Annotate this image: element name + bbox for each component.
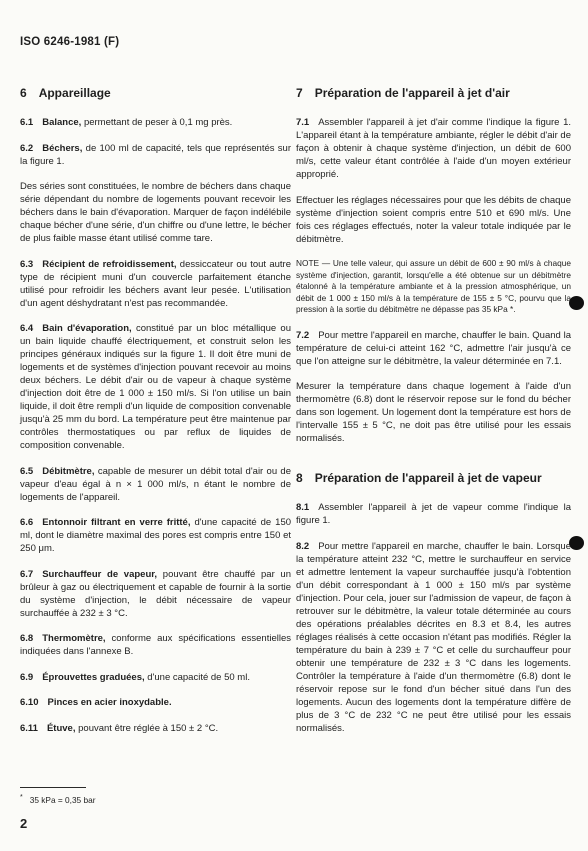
clause-7-2: 7.2Pour mettre l'appareil en marche, cha… bbox=[296, 329, 571, 368]
clause-text: d'une capacité de 50 ml. bbox=[147, 672, 250, 683]
note-text: NOTE — Une telle valeur, qui assure un d… bbox=[296, 258, 571, 314]
clause-term: Bain d'évaporation, bbox=[42, 323, 131, 334]
clause-number: 6.5 bbox=[20, 466, 33, 477]
footnote-marker: * bbox=[20, 794, 23, 801]
clause-term: Récipient de refroidissement, bbox=[42, 259, 176, 270]
clause-number: 6.6 bbox=[20, 517, 33, 528]
clause-number: 8.1 bbox=[296, 502, 309, 513]
clause-8-1: 8.1Assembler l'appareil à jet de vapeur … bbox=[296, 501, 571, 527]
paragraph-reglages: Effectuer les réglages nécessaires pour … bbox=[296, 194, 571, 246]
clause-text: Pour mettre l'appareil en marche, chauff… bbox=[296, 330, 571, 367]
clause-text: Assembler l'appareil à jet de vapeur com… bbox=[296, 502, 571, 526]
clause-term: Débitmètre, bbox=[42, 466, 94, 477]
clause-6-6: 6.6Entonnoir filtrant en verre fritté, d… bbox=[20, 516, 291, 555]
footnote-rule bbox=[20, 787, 86, 788]
section-number: 7 bbox=[296, 86, 303, 100]
clause-8-2: 8.2Pour mettre l'appareil en marche, cha… bbox=[296, 540, 571, 735]
section-8-heading: 8Préparation de l'appareil à jet de vape… bbox=[296, 471, 571, 485]
clause-text: Pour mettre l'appareil en marche, chauff… bbox=[296, 541, 571, 734]
section-title: Préparation de l'appareil à jet de vapeu… bbox=[315, 471, 542, 485]
clause-term: Surchauffeur de vapeur, bbox=[42, 569, 157, 580]
clause-number: 6.7 bbox=[20, 569, 33, 580]
section-number: 6 bbox=[20, 86, 27, 100]
section-title: Préparation de l'appareil à jet d'air bbox=[315, 86, 510, 100]
margin-dot bbox=[569, 296, 584, 310]
clause-number: 6.3 bbox=[20, 259, 33, 270]
clause-6-10: 6.10Pinces en acier inoxydable. bbox=[20, 696, 291, 709]
clause-7-1: 7.1Assembler l'appareil à jet d'air comm… bbox=[296, 116, 571, 181]
right-column: 7Préparation de l'appareil à jet d'air 7… bbox=[296, 86, 571, 735]
clause-term: Pinces en acier inoxydable. bbox=[48, 697, 172, 708]
document-reference: ISO 6246-1981 (F) bbox=[20, 36, 119, 48]
clause-number: 7.2 bbox=[296, 330, 309, 341]
clause-term: Entonnoir filtrant en verre fritté, bbox=[42, 517, 190, 528]
section-number: 8 bbox=[296, 471, 303, 485]
clause-text: constitué par un bloc métallique ou un b… bbox=[20, 323, 291, 451]
clause-text: permettant de peser à 0,1 mg près. bbox=[84, 117, 232, 128]
clause-term: Béchers, bbox=[42, 143, 82, 154]
footnote-text: 35 kPa = 0,35 bar bbox=[30, 795, 96, 805]
section-6-heading: 6Appareillage bbox=[20, 86, 291, 100]
clause-text: Assembler l'appareil à jet d'air comme l… bbox=[296, 117, 571, 180]
paragraph-text: Effectuer les réglages nécessaires pour … bbox=[296, 195, 571, 245]
clause-number: 6.1 bbox=[20, 117, 33, 128]
section-7-heading: 7Préparation de l'appareil à jet d'air bbox=[296, 86, 571, 100]
margin-dot bbox=[569, 536, 584, 550]
paragraph-text: Mesurer la température dans chaque logem… bbox=[296, 381, 571, 444]
clause-6-3: 6.3Récipient de refroidissement, dessicc… bbox=[20, 258, 291, 310]
clause-number: 6.9 bbox=[20, 672, 33, 683]
footnote: *35 kPa = 0,35 bar bbox=[20, 792, 95, 806]
clause-6-1: 6.1Balance, permettant de peser à 0,1 mg… bbox=[20, 116, 291, 129]
note-paragraph: NOTE — Une telle valeur, qui assure un d… bbox=[296, 258, 571, 316]
clause-6-2: 6.2Béchers, de 100 ml de capacité, tels … bbox=[20, 142, 291, 168]
clause-number: 6.2 bbox=[20, 143, 33, 154]
clause-number: 6.4 bbox=[20, 323, 33, 334]
clause-number: 7.1 bbox=[296, 117, 309, 128]
section-title: Appareillage bbox=[39, 86, 111, 100]
clause-number: 6.8 bbox=[20, 633, 33, 644]
document-page: ISO 6246-1981 (F) 6Appareillage 6.1Balan… bbox=[0, 0, 588, 851]
clause-number: 8.2 bbox=[296, 541, 309, 552]
left-column: 6Appareillage 6.1Balance, permettant de … bbox=[20, 86, 291, 735]
page-number: 2 bbox=[20, 816, 27, 831]
paragraph-mesurer: Mesurer la température dans chaque logem… bbox=[296, 380, 571, 445]
paragraph-series: Des séries sont constituées, le nombre d… bbox=[20, 180, 291, 245]
paragraph-text: Des séries sont constituées, le nombre d… bbox=[20, 181, 291, 244]
clause-6-8: 6.8Thermomètre, conforme aux spécificati… bbox=[20, 632, 291, 658]
clause-term: Éprouvettes graduées, bbox=[42, 672, 144, 683]
clause-6-5: 6.5Débitmètre, capable de mesurer un déb… bbox=[20, 465, 291, 504]
clause-number: 6.11 bbox=[20, 723, 38, 734]
clause-text: pouvant être réglée à 150 ± 2 °C. bbox=[78, 723, 218, 734]
clause-term: Balance, bbox=[42, 117, 81, 128]
clause-term: Étuve, bbox=[47, 723, 76, 734]
clause-number: 6.10 bbox=[20, 697, 39, 708]
clause-6-9: 6.9Éprouvettes graduées, d'une capacité … bbox=[20, 671, 291, 684]
clause-6-7: 6.7Surchauffeur de vapeur, pouvant être … bbox=[20, 568, 291, 620]
clause-6-4: 6.4Bain d'évaporation, constitué par un … bbox=[20, 322, 291, 452]
clause-term: Thermomètre, bbox=[42, 633, 105, 644]
clause-6-11: 6.11Étuve, pouvant être réglée à 150 ± 2… bbox=[20, 722, 291, 735]
